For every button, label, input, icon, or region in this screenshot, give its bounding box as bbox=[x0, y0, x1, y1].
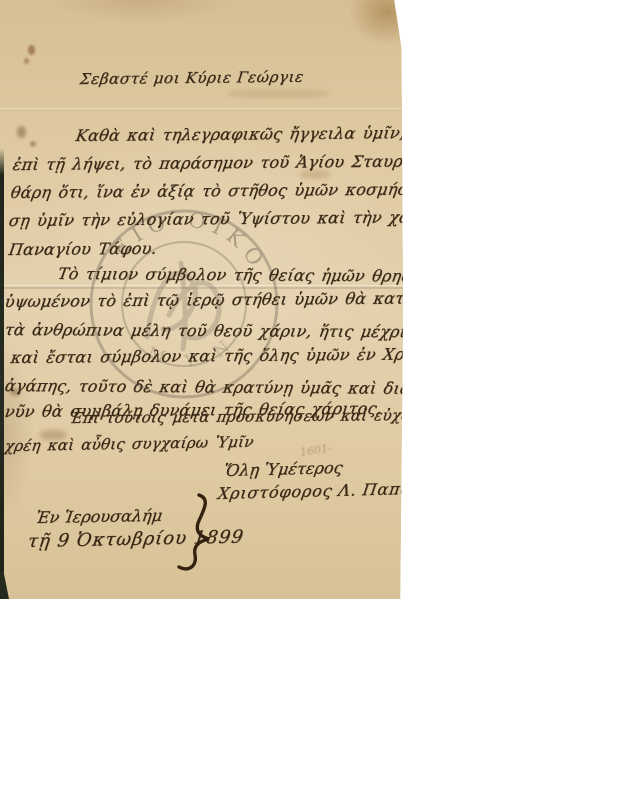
place-line: Ἐν Ἱερουσαλήμ bbox=[35, 506, 164, 527]
scan-background: ΕΙΟ ΟΙΚΟ Μ Υ Ν Σεβαστέ μοι Κύριε Γεώργιε… bbox=[0, 0, 618, 800]
body-line: θάρη ὅτι, ἵνα ἐν ἀξίᾳ τὸ στῆθος ὑμῶν κοσ… bbox=[10, 179, 507, 202]
bleedthrough-smudge bbox=[228, 90, 328, 98]
faint-margin-mark: 1601- bbox=[299, 442, 332, 459]
closing-brace-flourish bbox=[172, 492, 218, 574]
body-line: ἀγάπης, τοῦτο δὲ καὶ θὰ κρατύνῃ ὑμᾶς καὶ… bbox=[3, 376, 412, 398]
body-line: ὑψωμένον τὸ ἐπὶ τῷ ἱερῷ στήθει ὑμῶν θὰ κ… bbox=[4, 288, 469, 311]
scanner-edge-sliver bbox=[0, 148, 4, 599]
letter-page: ΕΙΟ ΟΙΚΟ Μ Υ Ν Σεβαστέ μοι Κύριε Γεώργιε… bbox=[0, 0, 403, 599]
signature: Χριστόφορος Λ. Παπαδόπουλος bbox=[217, 477, 499, 503]
body-line: τὰ ἀνθρώπινα μέλη τοῦ θεοῦ χάριν, ἥτις μ… bbox=[3, 320, 462, 341]
body-line: σῃ ὑμῖν τὴν εὐλογίαν τοῦ Ὑψίστου καὶ τὴν… bbox=[8, 207, 474, 230]
body-line: καὶ ἔσται σύμβολον καὶ τῆς ὅλης ὑμῶν ἐν … bbox=[10, 344, 446, 367]
valediction-line: Ὅλῃ Ὑμέτερος bbox=[223, 458, 344, 480]
body-line: χρέη καὶ αὖθις συγχαίρω Ὑμῖν bbox=[4, 433, 255, 455]
body-line: Ἐπὶ τούτοις μετὰ προσκυνήσεων καὶ εὐχαρι… bbox=[69, 405, 475, 427]
body-line: ἐπὶ τῇ λήψει, τὸ παράσημον τοῦ Ἁγίου Στα… bbox=[12, 151, 472, 174]
body-line: Παναγίου Τάφου. bbox=[8, 239, 159, 259]
ink-stain bbox=[28, 45, 35, 55]
ink-stain bbox=[17, 126, 26, 138]
body-line: Καθὰ καὶ τηλεγραφικῶς ἤγγειλα ὑμῖν, συγχ… bbox=[75, 122, 505, 145]
ink-stain bbox=[30, 141, 36, 147]
body-line: Τὸ τίμιον σύμβολον τῆς θείας ἡμῶν θρησκε… bbox=[56, 264, 465, 286]
scanner-edge-wedge bbox=[0, 572, 9, 599]
ink-stain bbox=[24, 58, 29, 64]
salutation-line: Σεβαστέ μοι Κύριε Γεώργιε bbox=[79, 68, 305, 88]
fold-crease bbox=[0, 108, 403, 111]
